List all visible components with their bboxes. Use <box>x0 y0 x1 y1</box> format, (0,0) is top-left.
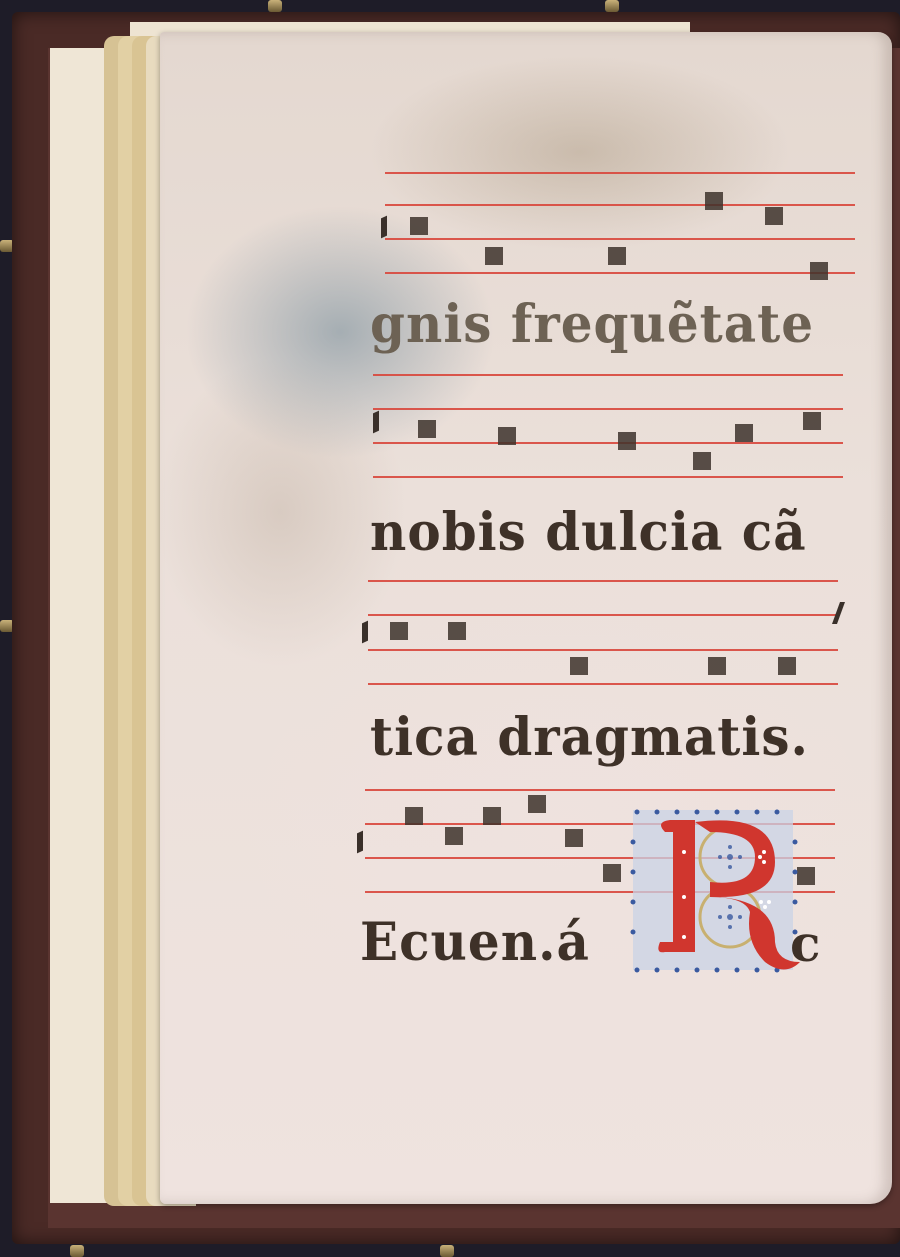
music-staff-2 <box>373 372 843 476</box>
illuminated-initial-icon <box>625 802 815 992</box>
illuminated-initial: c <box>625 802 805 982</box>
neume <box>418 420 436 438</box>
neume <box>485 247 503 265</box>
neume <box>693 452 711 470</box>
neume <box>483 807 501 825</box>
clef-icon <box>362 621 368 644</box>
clef-icon <box>373 411 379 434</box>
manuscript-page: gnis frequẽtate nobis dulcia cã tica dra… <box>160 32 892 1204</box>
neume <box>448 622 466 640</box>
lyric-line-2: nobis dulcia cã <box>370 501 807 563</box>
binding-stud <box>440 1245 454 1257</box>
music-staff-1 <box>385 162 855 266</box>
neume <box>810 262 828 280</box>
neume <box>608 247 626 265</box>
neume <box>498 427 516 445</box>
lyric-line-4-text: Ecuen.á <box>360 911 590 973</box>
neume <box>603 864 621 882</box>
lyric-line-3: tica dragmatis. <box>370 706 809 768</box>
neume <box>528 795 546 813</box>
lyric-line-1: gnis frequẽtate <box>370 293 814 355</box>
neume <box>765 207 783 225</box>
neume <box>803 412 821 430</box>
binding-stud <box>70 1245 84 1257</box>
neume <box>705 192 723 210</box>
neume <box>445 827 463 845</box>
neume <box>735 424 753 442</box>
neume <box>390 622 408 640</box>
clef-icon <box>381 216 387 239</box>
lyric-after-initial: c <box>790 914 820 973</box>
neume <box>565 829 583 847</box>
neume <box>410 217 428 235</box>
neume <box>618 432 636 450</box>
binding-stud <box>268 0 282 12</box>
neume <box>570 657 588 675</box>
neume <box>405 807 423 825</box>
clef-icon <box>357 831 363 854</box>
music-staff-3 <box>368 577 838 681</box>
neume <box>778 657 796 675</box>
custos-mark <box>832 602 845 624</box>
binding-stud <box>605 0 619 12</box>
neume <box>708 657 726 675</box>
lyric-line-4: Ecuen.á <box>360 911 590 973</box>
